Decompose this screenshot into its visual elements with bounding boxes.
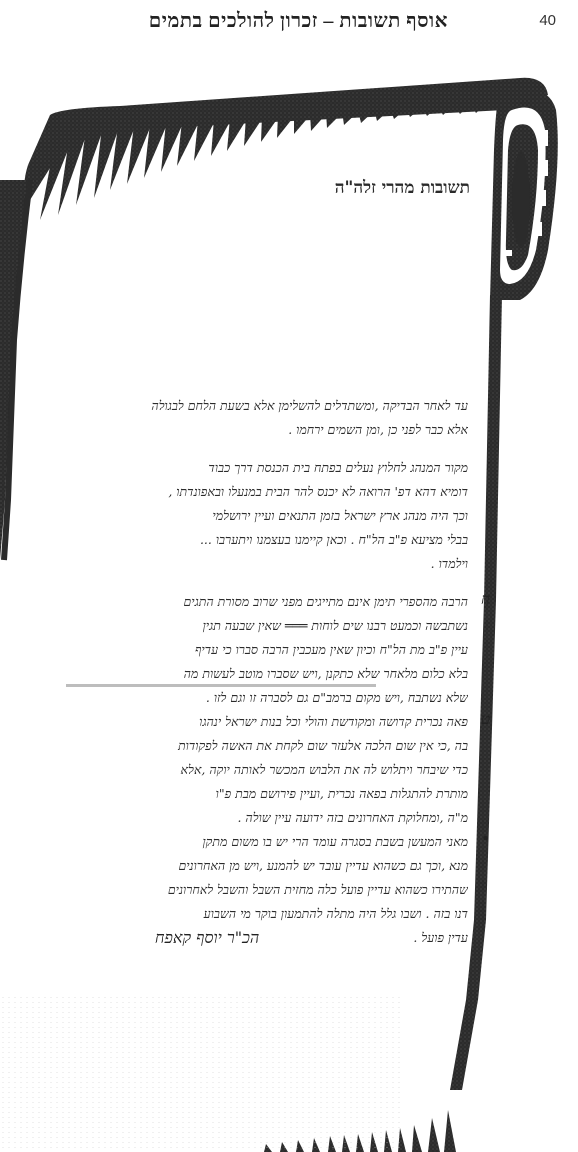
paragraph-tet: ט פאה נכרית קדושה ומקודשת והולי וכל בנות…	[28, 710, 468, 830]
text-line: שהתירו כשהוא עדיין פועל כלה מחזית השבל ו…	[28, 878, 468, 902]
signature: הכ"ר יוסף קאפח	[155, 928, 259, 948]
scroll-roll	[490, 89, 558, 300]
text-line: מ"ה ,ומחלוקת האחרונים בזה ידועה עיין שול…	[28, 806, 468, 830]
text-line: מאני המעשן בשבת בסגרה עומד הרי יש בו משו…	[28, 830, 468, 854]
scroll-heading: תשובות מהרי זלה"ה	[335, 178, 470, 198]
scan-noise	[0, 995, 400, 1152]
text-line: דומיא דהא דפ' הרואה לא יכנס להר הבית במנ…	[28, 480, 468, 504]
intro-paragraph: עד לאחר הבדיקה ,ומשתדלים להשלימן אלא בשע…	[28, 394, 468, 442]
paragraph-marker: ח	[481, 590, 490, 609]
text-line: פאה נכרית קדושה ומקודשת והולי וכל בנות י…	[28, 710, 468, 734]
text-line: כדי שיבחר ויתלוש לה את הלבוש המכשר לאותה…	[28, 758, 468, 782]
text-line: עד לאחר הבדיקה ,ומשתדלים להשלימן אלא בשע…	[28, 394, 468, 418]
text-line: מקור המנהג לחלוץ נעלים בפתח בית הכנסת דר…	[28, 456, 468, 480]
text-line: דנו בזה . ושבו גלל היה מתלה להתמעון בוקר…	[28, 902, 468, 926]
text-line: בה ,כי אין שום הלכה אלעזר שום לקחת את הא…	[28, 734, 468, 758]
paragraph-zayin: ז מקור המנהג לחלוץ נעלים בפתח בית הכנסת …	[28, 456, 468, 576]
text-line: מנא ,וכך גם כשהוא עדיין עובד יש להמנע ,ו…	[28, 854, 468, 878]
handwritten-letter: עד לאחר הבדיקה ,ומשתדלים להשלימן אלא בשע…	[28, 394, 468, 950]
text-line: נשתבשה וכמעט רבנו שים לוחות ═══ שאין שבע…	[28, 614, 468, 638]
text-line: מותרת להתגלות בפאה נכרית ,ועיין פירושם מ…	[28, 782, 468, 806]
text-line: עיין פ"ב מת הל"ח וכיון שאין מעכבין הרבה …	[28, 638, 468, 662]
paragraph-marker: ט	[481, 710, 490, 729]
text-line: בבלי מציעא פ"ב הל"ח . וכאן קיימנו בעצמנו…	[28, 528, 468, 552]
paragraph-marker: ז	[486, 456, 490, 475]
text-line: וילמדו .	[28, 552, 468, 576]
paragraph-chet: ח הרבה מהספרי תימן אינם מתייגים מפני שרו…	[28, 590, 468, 710]
text-line: שלא נשתבח ,ויש מקום ברמב"ם גם לסברה זו ו…	[28, 686, 468, 710]
text-line: אלא כבר לפני כן ,ומן השמים ירחמו .	[28, 418, 468, 442]
text-line: בלא כלום מלאחר שלא כתקנן ,ויש שסברו מוטב…	[28, 662, 468, 686]
text-line: הרבה מהספרי תימן אינם מתייגים מפני שרוב …	[28, 590, 468, 614]
text-line: וכך היה מנהג ארץ ישראל בזמן התנאים ועיין…	[28, 504, 468, 528]
highlight-underline	[66, 684, 376, 687]
paragraph-marker: •	[481, 830, 490, 848]
